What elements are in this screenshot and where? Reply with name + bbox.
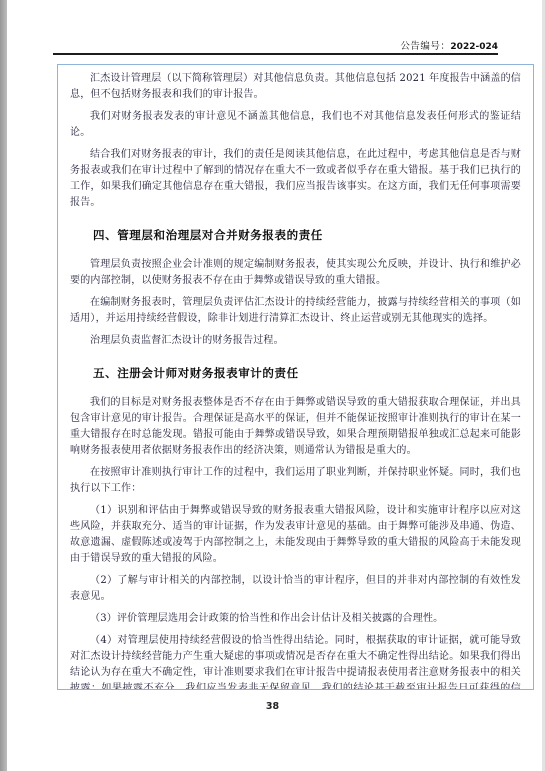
paragraph: 管理层负责按照企业会计准则的规定编制财务报表，使其实现公允反映，并设计、执行和维… bbox=[70, 257, 521, 289]
paragraph: （2）了解与审计相关的内部控制，以设计恰当的审计程序，但目的并非对内部控制的有效… bbox=[70, 573, 521, 605]
paragraph: 结合我们对财务报表的审计，我们的责任是阅读其他信息，在此过程中，考虑其他信息是否… bbox=[70, 147, 521, 211]
section-heading: 四、管理层和治理层对合并财务报表的责任 bbox=[70, 227, 521, 243]
announcement-number-label: 公告编号： bbox=[400, 41, 450, 52]
page-number: 38 bbox=[0, 701, 545, 712]
paragraph: 治理层负责监督汇杰设计的财务报告过程。 bbox=[70, 333, 521, 349]
paragraph: 我们对财务报表发表的审计意见不涵盖其他信息，我们也不对其他信息发表任何形式的鉴证… bbox=[70, 109, 521, 141]
paragraph: （4）对管理层使用持续经营假设的恰当性得出结论。同时，根据获取的审计证据，就可能… bbox=[70, 633, 521, 690]
header-divider bbox=[53, 53, 498, 55]
paragraph: 在编制财务报表时，管理层负责评估汇杰设计的持续经营能力，披露与持续经营相关的事项… bbox=[70, 295, 521, 327]
announcement-number-value: 2022-024 bbox=[450, 42, 498, 52]
paragraph: 我们的目标是对财务报表整体是否不存在由于舞弊或错误导致的重大错报获取合理保证，并… bbox=[70, 395, 521, 459]
paragraph: （1）识别和评估由于舞弊或错误导致的财务报表重大错报风险，设计和实施审计程序以应… bbox=[70, 503, 521, 567]
section-heading: 五、注册会计师对财务报表审计的责任 bbox=[70, 365, 521, 381]
paragraph: 在按照审计准则执行审计工作的过程中，我们运用了职业判断，并保持职业怀疑。同时，我… bbox=[70, 465, 521, 497]
announcement-number: 公告编号：2022-024 bbox=[400, 38, 498, 52]
document-body: 汇杰设计管理层（以下简称管理层）对其他信息负责。其他信息包括 2021 年度报告… bbox=[57, 64, 534, 690]
paragraph: 汇杰设计管理层（以下简称管理层）对其他信息负责。其他信息包括 2021 年度报告… bbox=[70, 71, 521, 103]
paragraph: （3）评价管理层选用会计政策的恰当性和作出会计估计及相关披露的合理性。 bbox=[70, 611, 521, 627]
page-left-shadow bbox=[0, 0, 7, 771]
